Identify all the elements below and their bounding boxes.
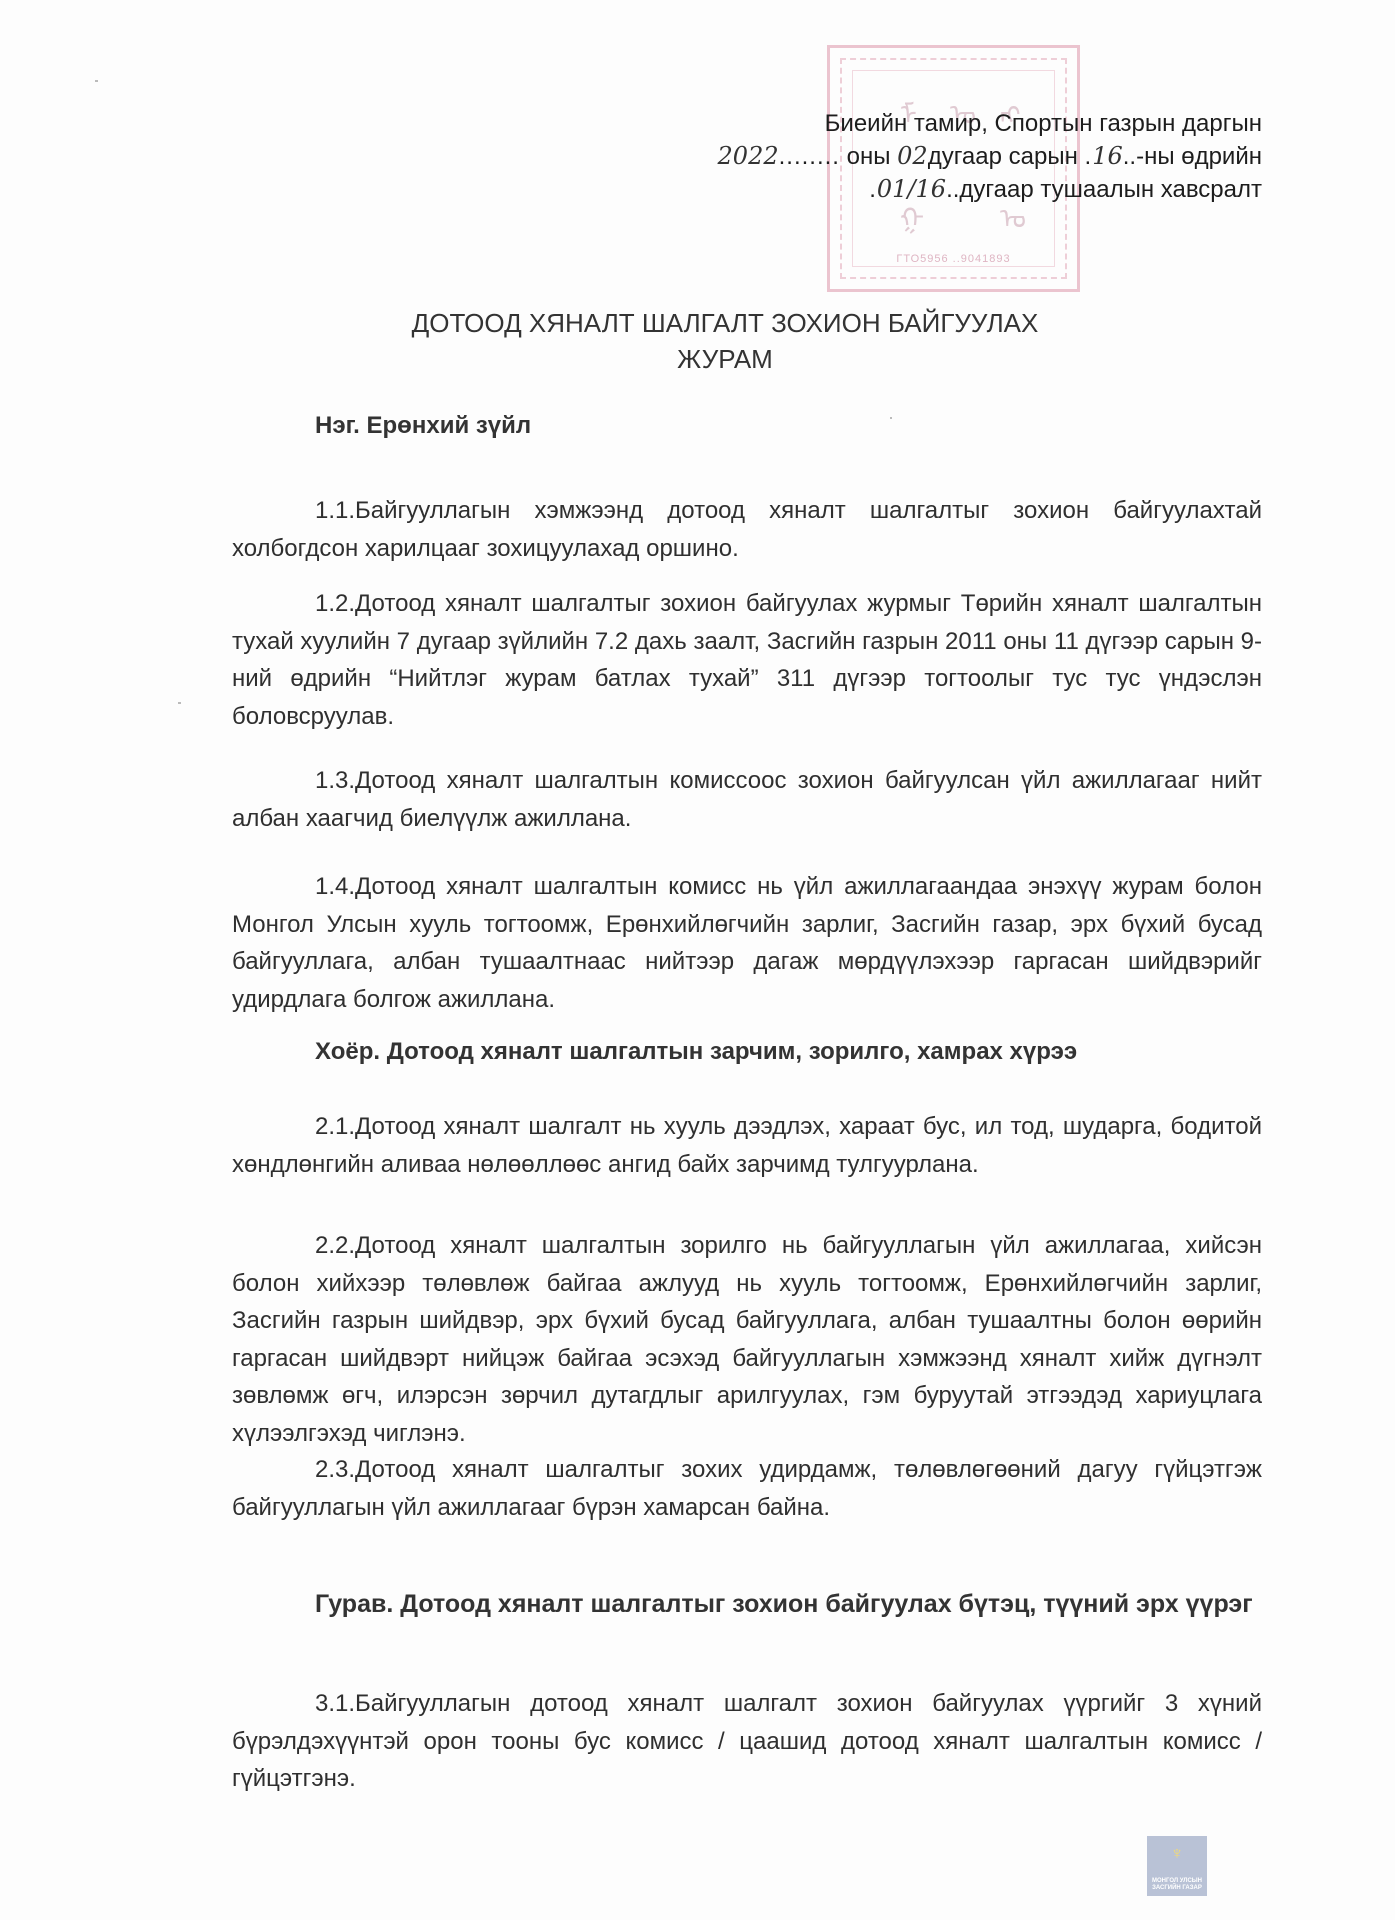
annex-line-1: Биеийн тамир, Спортын газрын даргын xyxy=(718,108,1262,140)
paragraph-3-1: 3.1.Байгууллагын дотоод хяналт шалгалт з… xyxy=(232,1685,1262,1798)
paragraph-2-2: 2.2.Дотоод хяналт шалгалтын зорилго нь б… xyxy=(232,1227,1262,1452)
handwritten-day: 16 xyxy=(1092,142,1123,170)
handwritten-order-number: 01/16 xyxy=(877,175,946,203)
annex-note: Биеийн тамир, Спортын газрын даргын 2022… xyxy=(718,108,1262,206)
scan-speck xyxy=(890,417,892,419)
paragraph-1-4: 1.4.Дотоод хяналт шалгалтын комисс нь үй… xyxy=(232,868,1262,1018)
logo-text-line-2: ЗАСГИЙН ГАЗАР xyxy=(1147,1885,1207,1892)
soyombo-emblem-icon: ♆ xyxy=(1169,1840,1185,1866)
government-logo: ♆ МОНГОЛ УЛСЫН ЗАСГИЙН ГАЗАР xyxy=(1147,1836,1207,1896)
paragraph-1-2: 1.2.Дотоод хяналт шалгалтыг зохион байгу… xyxy=(232,585,1262,735)
seal-code: ГТО5956 ..9041893 xyxy=(830,253,1077,265)
annex-line-2: 2022........ оны 02дугаар сарын .16..-ны… xyxy=(718,140,1262,173)
scan-speck xyxy=(178,702,181,704)
document-title: ДОТООД ХЯНАЛТ ШАЛГАЛТ ЗОХИОН БАЙГУУЛАХ Ж… xyxy=(0,305,1395,377)
logo-text-line-1: МОНГОЛ УЛСЫН xyxy=(1147,1878,1207,1885)
paragraph-2-3: 2.3.Дотоод хяналт шалгалтыг зохих удирда… xyxy=(232,1451,1262,1526)
document-page: ᠮ ᠣ ᠩ ᠭ ᠤ ГТО5956 ..9041893 Биеийн тамир… xyxy=(0,0,1395,1920)
section-heading-2: Хоёр. Дотоод хяналт шалгалтын зарчим, зо… xyxy=(315,1038,1077,1066)
section-heading-3: Гурав. Дотоод хяналт шалгалтыг зохион ба… xyxy=(232,1585,1262,1623)
annex-line-3: .01/16..дугаар тушаалын хавсралт xyxy=(718,173,1262,206)
title-line-1: ДОТООД ХЯНАЛТ ШАЛГАЛТ ЗОХИОН БАЙГУУЛАХ xyxy=(55,305,1395,341)
handwritten-month: 02 xyxy=(897,142,928,170)
title-line-2: ЖУРАМ xyxy=(55,341,1395,377)
handwritten-year: 2022 xyxy=(718,142,779,170)
scan-speck xyxy=(95,80,98,82)
paragraph-2-1: 2.1.Дотоод хяналт шалгалт нь хууль дээдл… xyxy=(232,1108,1262,1183)
paragraph-1-1: 1.1.Байгууллагын хэмжээнд дотоод хяналт … xyxy=(232,492,1262,567)
paragraph-1-3: 1.3.Дотоод хяналт шалгалтын комиссоос зо… xyxy=(232,762,1262,837)
section-heading-1: Нэг. Ерөнхий зүйл xyxy=(315,412,531,440)
